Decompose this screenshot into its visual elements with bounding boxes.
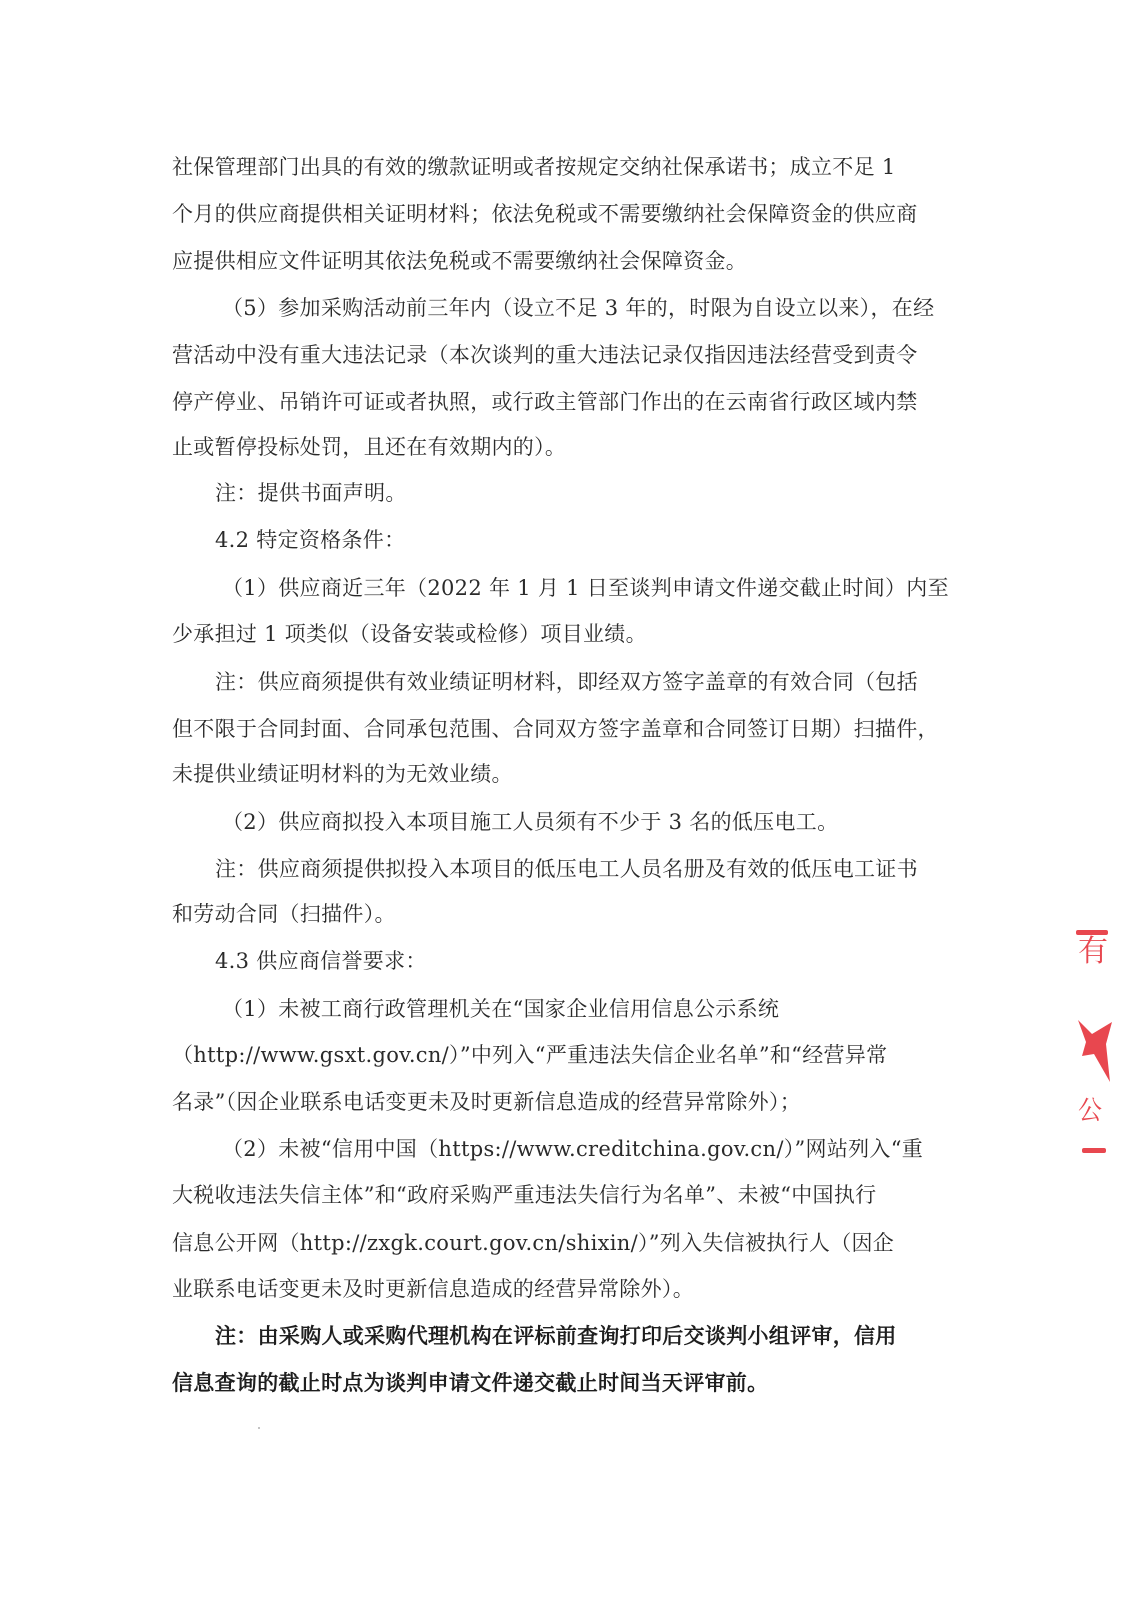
text-line: （http://www.gsxt.gov.cn/）”中列入“严重违法失信企业名单… xyxy=(172,1040,952,1070)
text-line: 名录”（因企业联系电话变更未及时更新信息造成的经营异常除外）； xyxy=(172,1087,952,1117)
red-seal-stamp: 有 公 xyxy=(1072,930,1112,1160)
text-line: 社保管理部门出具的有效的缴款证明或者按规定交纳社保承诺书；成立不足 1 xyxy=(172,152,952,182)
text-line: （1）未被工商行政管理机关在“国家企业信用信息公示系统 xyxy=(222,994,1002,1024)
text-line: （5）参加采购活动前三年内（设立不足 3 年的，时限为自设立以来），在经 xyxy=(222,293,1002,323)
stamp-glyph-top: 有 xyxy=(1078,936,1108,968)
text-line: 少承担过 1 项类似（设备安装或检修）项目业绩。 xyxy=(172,619,952,649)
text-line: 4.3 供应商信誉要求： xyxy=(215,946,995,976)
text-line: 和劳动合同（扫描件）。 xyxy=(172,899,952,929)
text-line: （2）供应商拟投入本项目施工人员须有不少于 3 名的低压电工。 xyxy=(222,807,1002,837)
text-line: 停产停业、吊销许可证或者执照，或行政主管部门作出的在云南省行政区域内禁 xyxy=(172,387,952,417)
text-line: 注：提供书面声明。 xyxy=(215,478,995,508)
text-line: 注：供应商须提供拟投入本项目的低压电工人员名册及有效的低压电工证书 xyxy=(215,854,995,884)
stamp-border-mark xyxy=(1082,1148,1106,1153)
text-line: 但不限于合同封面、合同承包范围、合同双方签字盖章和合同签订日期）扫描件， xyxy=(172,714,952,744)
text-line: 营活动中没有重大违法记录（本次谈判的重大违法记录仅指因违法经营受到责令 xyxy=(172,340,952,370)
text-line: （2）未被“信用中国（https://www.creditchina.gov.c… xyxy=(222,1134,1002,1164)
text-line: （1）供应商近三年（2022 年 1 月 1 日至谈判申请文件递交截止时间）内至 xyxy=(222,573,1002,603)
text-line: 应提供相应文件证明其依法免税或不需要缴纳社会保障资金。 xyxy=(172,246,952,276)
text-line: 业联系电话变更未及时更新信息造成的经营异常除外）。 xyxy=(172,1274,952,1304)
text-line: 个月的供应商提供相关证明材料；依法免税或不需要缴纳社会保障资金的供应商 xyxy=(172,199,952,229)
text-line: 大税收违法失信主体”和“政府采购严重违法失信行为名单”、未被“中国执行 xyxy=(172,1180,952,1210)
text-line: 注：由采购人或采购代理机构在评标前查询打印后交谈判小组评审，信用 xyxy=(215,1321,995,1351)
scan-speck xyxy=(258,1427,260,1429)
text-line: 信息查询的截止时点为谈判申请文件递交截止时间当天评审前。 xyxy=(172,1368,952,1398)
stamp-glyph-bottom: 公 xyxy=(1078,1092,1102,1127)
text-line: 注：供应商须提供有效业绩证明材料，即经双方签字盖章的有效合同（包括 xyxy=(215,667,995,697)
text-line: 4.2 特定资格条件： xyxy=(215,525,995,555)
document-page: 社保管理部门出具的有效的缴款证明或者按规定交纳社保承诺书；成立不足 1个月的供应… xyxy=(0,0,1132,1600)
text-line: 信息公开网（http://zxgk.court.gov.cn/shixin/）”… xyxy=(172,1228,952,1258)
text-line: 未提供业绩证明材料的为无效业绩。 xyxy=(172,759,952,789)
stamp-star-icon xyxy=(1078,1020,1112,1082)
text-line: 止或暂停投标处罚，且还在有效期内的）。 xyxy=(172,432,952,462)
